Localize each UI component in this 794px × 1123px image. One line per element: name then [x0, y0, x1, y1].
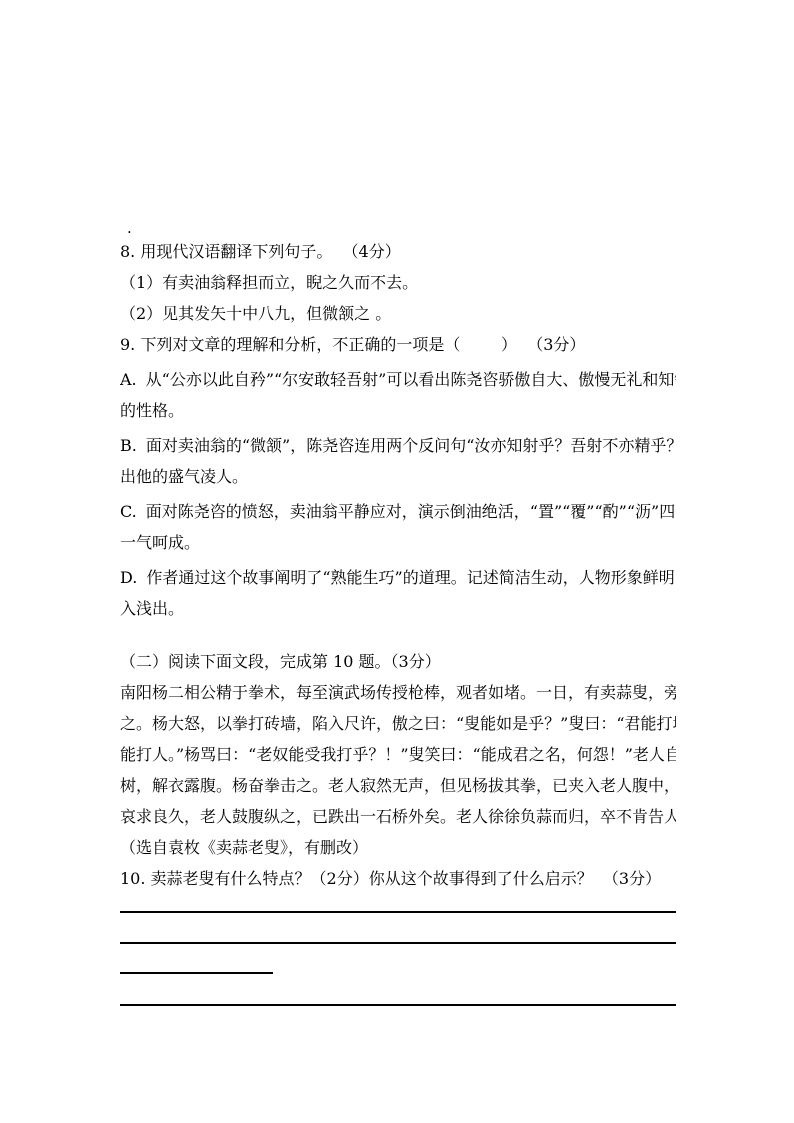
q7-option-a: A.陈康肃公善射择其善者而从之: [120, 96, 676, 128]
q9-option-a: A.从“公亦以此自矜”“尔安敢轻吾射”可以看出陈尧咨骄傲自大、傲慢无礼和知错就改…: [120, 364, 676, 426]
q9-option-a-label: A.: [120, 370, 137, 389]
q10-stem: 10. 卖蒜老叟有什么特点？（2分）你从这个故事得到了什么启示？ （3分）: [120, 863, 676, 894]
q9-option-d-label: D.: [120, 568, 137, 587]
q8-item-2: （2）见其发矢十中八九，但微颔之 。: [120, 298, 676, 329]
passage-source: （选自袁枚《卖蒜老叟》，有删改）: [120, 832, 676, 863]
q9-option-c-line1: 面对陈尧咨的愤怒，卖油翁平静应对，演示倒油绝活，“置”“覆”“酌”“沥”四个动作: [146, 502, 676, 521]
q9-option-d: D.作者通过这个故事阐明了“熟能生巧”的道理。记述简洁生动，人物形象鲜明，哲理深…: [120, 562, 676, 624]
answer-line-1: [120, 896, 676, 913]
q9-option-c-label: C.: [120, 502, 137, 521]
exam-page: A.陈康肃公善射择其善者而从之 B.以我酌油知之无丝竹之乱耳 C.尝射于家圃尔安…: [0, 0, 794, 1123]
q9-option-d-line1: 作者通过这个故事阐明了“熟能生巧”的道理。记述简洁生动，人物形象鲜明，哲理深: [146, 568, 676, 587]
page-content: A.陈康肃公善射择其善者而从之 B.以我酌油知之无丝竹之乱耳 C.尝射于家圃尔安…: [120, 96, 676, 1006]
passage-line-1: 南阳杨二相公精于拳术，每至演武场传授枪棒，观者如堵。一日，有卖蒜叟，旁睨而揶揄: [120, 677, 676, 708]
passage-line-4: 树，解衣露腹。杨奋拳击之。老人寂然无声，但见杨拔其拳，已夹入老人腹中，坚不可出。: [120, 770, 676, 801]
passage-line-5: 哀求良久，老人鼓腹纵之，已跌出一石桥外矣。老人徐徐负蒜而归，卒不肯告人姓氏。: [120, 801, 676, 832]
q9-option-a-line2: 的性格。: [120, 395, 676, 426]
answer-line-3-short: [120, 944, 273, 974]
q8-stem: 8. 用现代汉语翻译下列句子。 （4分）: [120, 236, 676, 267]
q9-stem: 9. 下列对文章的理解和分析，不正确的一项是（ ） （3分）: [120, 329, 676, 360]
answer-line-4: [120, 974, 676, 1006]
section2-header: （二）阅读下面文段，完成第 10 题。（3分）: [120, 646, 676, 677]
q8-item-1: （1）有卖油翁释担而立，睨之久而不去。: [120, 267, 676, 298]
q9-option-d-line2: 入浅出。: [120, 593, 676, 624]
q7-option-d: D但手熟尔但闻燕山胡骑鸣啾啾: [120, 192, 676, 224]
q9-option-b-line1: 面对卖油翁的“微颔”，陈尧咨连用两个反问句“汝亦知射乎？吾射不亦精乎？”体现: [146, 436, 676, 455]
q9-option-b-label: B.: [120, 436, 137, 455]
q9-option-a-line1: 从“公亦以此自矜”“尔安敢轻吾射”可以看出陈尧咨骄傲自大、傲慢无礼和知错就改: [146, 370, 676, 389]
passage-line-3: 能打人。”杨骂曰：“老奴能受我打乎？！”叟笑曰：“能成君之名，何怨！”老人自缚于: [120, 739, 676, 770]
q9-option-b: B.面对卖油翁的“微颔”，陈尧咨连用两个反问句“汝亦知射乎？吾射不亦精乎？”体现…: [120, 430, 676, 492]
q7-option-c: C.尝射于家圃尔安敢轻吾射: [120, 160, 676, 192]
answer-line-2: [120, 913, 676, 944]
q9-option-b-line2: 出他的盛气凌人。: [120, 461, 676, 492]
stray-period: .: [120, 224, 676, 236]
q7-option-b: B.以我酌油知之无丝竹之乱耳: [120, 128, 676, 160]
passage-line-2: 之。杨大怒，以拳打砖墙，陷入尺许，傲之曰：“叟能如是乎？”叟曰：“君能打墙，不: [120, 708, 676, 739]
q9-option-c: C.面对陈尧咨的愤怒，卖油翁平静应对，演示倒油绝活，“置”“覆”“酌”“沥”四个…: [120, 496, 676, 558]
q9-option-c-line2: 一气呵成。: [120, 527, 676, 558]
blank-gap: [120, 624, 676, 646]
